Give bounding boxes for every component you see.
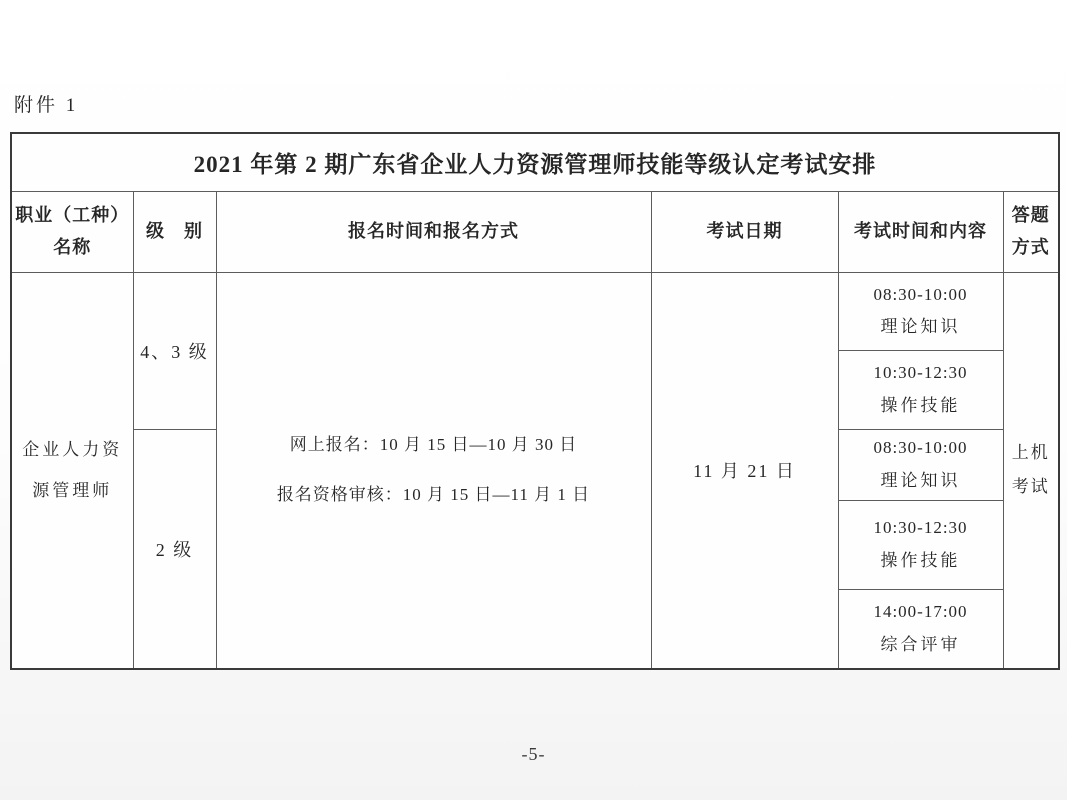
session-cell-5: 14:00-17:00 综合评审 [838, 589, 1003, 669]
header-exam-date: 考试日期 [651, 191, 838, 272]
attachment-label: 附件 1 [14, 90, 78, 117]
session-time: 08:30-10:00 [839, 279, 1003, 311]
session-time: 10:30-12:30 [839, 512, 1003, 544]
occupation-name-cell: 企业人力资 源管理师 [11, 272, 133, 669]
session-content: 理论知识 [839, 311, 1003, 343]
table-row: 企业人力资 源管理师 4、3 级 网上报名：10 月 15 日—10 月 30 … [11, 272, 1059, 350]
header-answer-mode: 答题 方式 [1003, 191, 1059, 272]
table-header-row: 职业（工种） 名称 级 别 报名时间和报名方式 考试日期 考试时间和内容 答题 … [11, 191, 1059, 272]
level-cell-4-3: 4、3 级 [133, 272, 216, 429]
session-cell-1: 08:30-10:00 理论知识 [838, 272, 1003, 350]
page-number: -5- [0, 744, 1067, 765]
session-time: 10:30-12:30 [839, 357, 1003, 389]
session-content: 操作技能 [839, 545, 1003, 577]
exam-schedule-table: 2021 年第 2 期广东省企业人力资源管理师技能等级认定考试安排 职业（工种）… [10, 132, 1060, 670]
header-registration: 报名时间和报名方式 [216, 191, 651, 272]
header-exam-time-content: 考试时间和内容 [838, 191, 1003, 272]
header-occupation-name: 职业（工种） 名称 [11, 191, 133, 272]
exam-date-cell: 11 月 21 日 [651, 272, 838, 669]
session-cell-4: 10:30-12:30 操作技能 [838, 500, 1003, 589]
session-time: 08:30-10:00 [839, 432, 1003, 464]
session-cell-2: 10:30-12:30 操作技能 [838, 350, 1003, 429]
registration-info-cell: 网上报名：10 月 15 日—10 月 30 日 报名资格审核：10 月 15 … [216, 272, 651, 669]
session-cell-3: 08:30-10:00 理论知识 [838, 429, 1003, 500]
table-title: 2021 年第 2 期广东省企业人力资源管理师技能等级认定考试安排 [11, 133, 1059, 191]
session-content: 理论知识 [839, 465, 1003, 497]
answer-mode-cell: 上机 考试 [1003, 272, 1059, 669]
level-cell-2: 2 级 [133, 429, 216, 669]
document-page: 附件 1 2021 年第 2 期广东省企业人力资源管理师技能等级认定考试安排 职… [0, 0, 1067, 800]
session-content: 综合评审 [839, 629, 1003, 661]
session-content: 操作技能 [839, 390, 1003, 422]
session-time: 14:00-17:00 [839, 596, 1003, 628]
table-title-row: 2021 年第 2 期广东省企业人力资源管理师技能等级认定考试安排 [11, 133, 1059, 191]
header-level: 级 别 [133, 191, 216, 272]
